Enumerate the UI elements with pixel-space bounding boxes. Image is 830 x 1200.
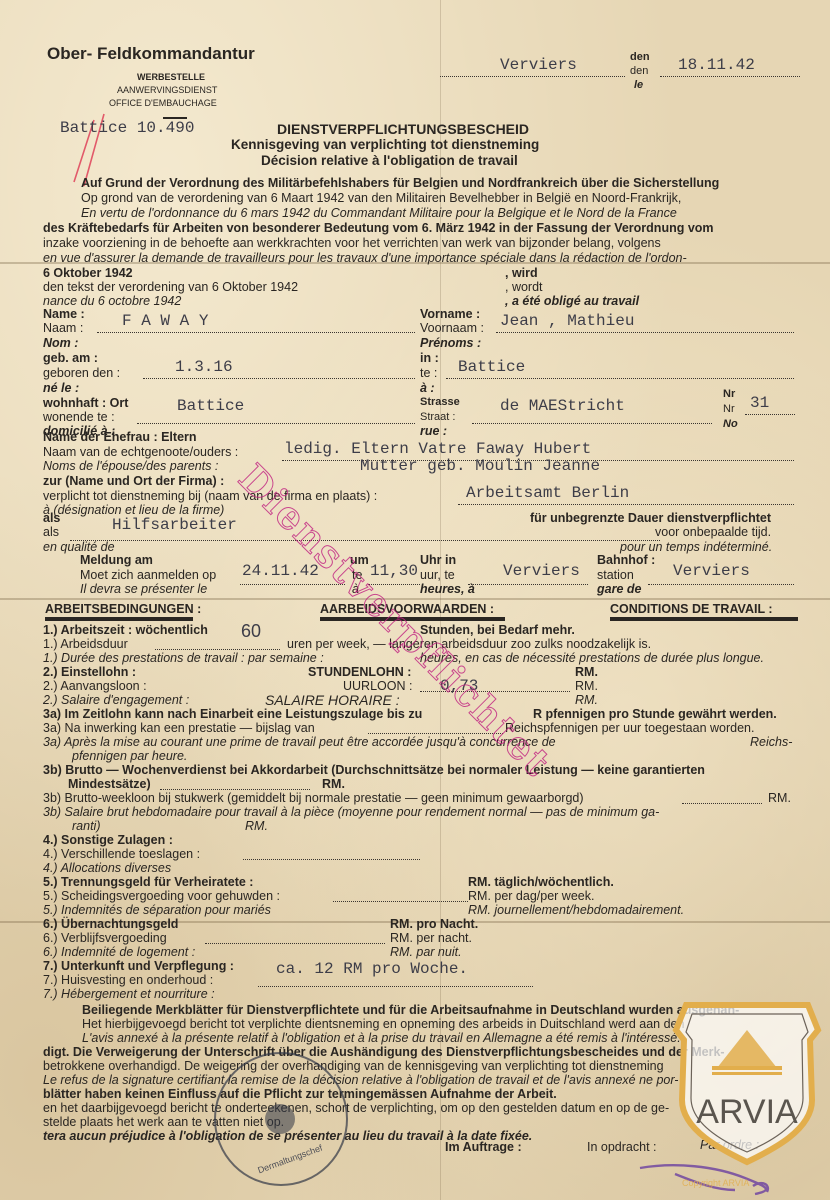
item2-de-mid: STUNDENLOHN : [308,665,411,680]
item6-de-right: RM. pro Nacht. [390,917,478,932]
item6-nl-right: RM. per nacht. [390,931,472,946]
birthdate-value: 1.3.16 [175,358,233,376]
piecework-field [160,777,310,790]
surname-field: F A W A Y [97,312,415,333]
heading-underline [610,617,798,621]
item4-fr: 4.) Allocations diverses [43,861,171,876]
date-field: 18.11.42 [660,58,800,77]
lodging-allowance-field [205,931,385,944]
title-fr: Décision relative à l'obligation de trav… [261,153,518,168]
office-line-nl: AANWERVINGSDIENST [117,85,217,95]
name-label-de: Name : [43,307,85,322]
rm-label: RM. [768,791,791,806]
hours-field: 60 [155,633,280,650]
heading-underline [45,617,193,621]
signature-label-nl: In opdracht : [587,1140,657,1155]
rm-label: RM. [575,679,598,694]
title-de: DIENSTVERPFLICHTUNGSBESCHEID [277,121,529,137]
firstname-field: Jean , Mathieu [496,312,794,333]
place-value: Verviers [500,56,577,74]
house-number-value: 31 [750,394,769,412]
house-number-field: 31 [745,394,795,415]
item3a-fr-2: pfennigen par heure. [72,749,187,764]
date-label-fr: le [634,78,643,93]
item6-fr-right: RM. par nuit. [390,945,462,960]
item5-nl-right: RM. per dag/per week. [468,889,594,904]
item4-nl: 4.) Verschillende toeslagen : [43,847,200,862]
firstname-label-nl: Voornaam : [420,321,484,336]
preamble-nl-3: den tekst der verordening van 6 Oktober … [43,280,298,295]
occupation-value: Hilfsarbeiter [112,516,237,534]
firm-label-de: zur (Name und Ort der Firma) : [43,474,224,489]
residence-label-de: wohnhaft : Ort [43,396,128,411]
birthplace-field: Battice [446,358,794,379]
residence-field: Battice [137,403,415,424]
in-label-nl: uur, te [420,568,455,583]
arvia-brand-text: ARVIA [696,1093,798,1131]
firm-field: Arbeitsamt Berlin [458,484,794,505]
paper-fold [0,598,830,600]
street-label-fr: rue : [420,424,447,439]
date-label-de: den [630,50,650,65]
item3b-fr: 3b) Salaire brut hebdomadaire pour trava… [43,805,659,820]
parents-label-de: Name der Ehefrau : Eltern [43,430,197,445]
item2-de: 2.) Einstellohn : [43,665,136,680]
birthplace-label-de: in : [420,351,439,366]
in-label-de: Uhr in [420,553,456,568]
rm-label: RM. [245,819,268,834]
item4-de: 4.) Sonstige Zulagen : [43,833,173,848]
station-value: Verviers [673,562,750,580]
in-label-fr: heures, à [420,582,475,597]
firstname-label-de: Vorname : [420,307,480,322]
firstname-value: Jean , Mathieu [500,312,634,330]
item3a-fr: 3a) Après la mise au courant une prime d… [43,735,556,750]
report-place-field: Verviers [468,566,588,585]
item2-fr: 2.) Salaire d'engagement : [43,693,189,708]
footer-de-2: digt. Die Verweigerung der Unterschrift … [43,1045,725,1060]
birthplace-label-nl: te : [420,366,437,381]
item2-fr-mid: SALAIRE HORAIRE : [265,693,400,708]
conditions-heading-fr: CONDITIONS DE TRAVAIL : [610,602,773,617]
title-nl: Kennisgeving van verplichting tot dienst… [231,137,539,152]
firm-label-nl: verplicht tot dienstneming bij (naam van… [43,489,377,504]
footer-fr-1: L'avis annexé à la présente relatif à l'… [82,1031,681,1046]
rm-label: RM. [322,777,345,792]
item6-nl: 6.) Verblijfsvergoeding [43,931,167,946]
firm-value: Arbeitsamt Berlin [466,484,629,502]
duration-nl: voor onbepaalde tijd. [655,525,771,540]
report-label-nl: Moet zich aanmelden op [80,568,216,583]
item2-nl: 2.) Aanvangsloon : [43,679,147,694]
street-field: de MAEStricht [472,403,712,424]
station-label-nl: station [597,568,634,583]
conditions-heading-de: ARBEITSBEDINGUNGEN : [45,602,201,617]
verb-nl: , wordt [505,280,543,295]
born-label-nl: geboren den : [43,366,120,381]
item7-nl: 7.) Huisvesting en onderhoud : [43,973,213,988]
item3a-de-right: R pfennigen pro Stunde gewährt werden. [533,707,777,722]
footer-nl-3: en het daarbijgevoegd bericht te onderte… [43,1101,669,1116]
preamble-nl-2: inzake voorziening in de behoefte aan we… [43,236,661,251]
allowances-field [243,847,420,860]
item6-de: 6.) Übernachtungsgeld [43,917,178,932]
street-value: de MAEStricht [500,397,625,415]
reference-number: Battice 10.490 [60,119,194,137]
parents-label-nl: Naam van de echtgenoote/ouders : [43,445,238,460]
firstname-label-fr: Prénoms : [420,336,481,351]
parents-value-father: ledig. Eltern Vatre Faway Hubert [284,440,591,458]
footer-de-1: Beiliegende Merkblätter für Dienstverpfl… [82,1003,739,1018]
item5-de: 5.) Trennungsgeld für Verheiratete : [43,875,253,890]
item3b-fr-2: ranti) [72,819,100,834]
item3b-de-2: Mindestsätze) [68,777,151,792]
street-label-nl: Straat : [420,410,455,425]
occupation-label-de: als [43,511,60,526]
separation-field [333,889,468,902]
station-field: Verviers [648,566,794,585]
preamble-nl-1: Op grond van de verordening van 6 Maart … [81,191,681,206]
parents-label-fr: Noms de l'épouse/des parents : [43,459,218,474]
date-label-nl: den [630,64,648,79]
parents-value-mother: Mutter geb. Moulin Jeanne [360,457,600,475]
copyright-watermark: Copyright ARVIA [682,1178,749,1188]
circle-stamp-text: Dermaltungschef [256,1143,323,1176]
preamble-fr-1: En vertu de l'ordonnance du 6 mars 1942 … [81,206,677,221]
number-label-fr: No [723,417,738,432]
item5-fr: 5.) Indemnités de séparation pour mariés [43,903,271,918]
piecework-nl-field [682,791,762,804]
signature-label-de: Im Auftrage : [445,1140,522,1155]
board-lodging-field: ca. 12 RM pro Woche. [258,970,533,987]
verb-de: , wird [505,266,538,281]
item5-nl: 5.) Scheidingsvergoeding voor gehuwden : [43,889,280,904]
birthplace-value: Battice [458,358,525,376]
street-label-de: Strasse [420,395,460,410]
preamble-fr-2: en vue d'assurer la demande de travaille… [43,251,687,266]
occupation-label-nl: als [43,525,59,540]
item3a-nl-right: Reichspfennigen per uur toegestaan worde… [505,721,754,736]
name-label-nl: Naam : [43,321,83,336]
preamble-de-2: des Kräftebedarfs für Arbeiten von beson… [43,221,714,236]
eagle-emblem-icon [265,1104,295,1134]
item1-nl: 1.) Arbeidsduur [43,637,128,652]
official-circle-stamp: Dermaltungschef [214,1052,348,1186]
residence-value: Battice [177,397,244,415]
item3a-nl: 3a) Na inwerking kan een prestatie — bij… [43,721,315,736]
item3a-de: 3a) Im Zeitlohn kann nach Einarbeit eine… [43,707,422,722]
item7-de: 7.) Unterkunft und Verpflegung : [43,959,234,974]
station-label-fr: gare de [597,582,641,597]
birthplace-label-fr: à : [420,381,435,396]
footer-fr-2: Le refus de la signature certifiant la r… [43,1073,678,1088]
place-field: Verviers [440,58,625,77]
duration-de: für unbegrenzte Dauer dienstverpflichtet [530,511,771,526]
rm-label: RM. [575,665,598,680]
office-line-de: WERBESTELLE [137,72,205,82]
item5-fr-right: RM. journellement/hebdomadairement. [468,903,684,918]
hours-value: 60 [241,621,261,642]
number-label-de: Nr [723,387,735,402]
report-label-fr: Il devra se présenter le [80,582,207,597]
arvia-logo: ARVIA [672,1000,822,1170]
report-place-value: Verviers [503,562,580,580]
authority-title: Ober- Feldkommandantur [47,44,255,64]
report-label-de: Meldung am [80,553,153,568]
board-lodging-value: ca. 12 RM pro Woche. [276,960,468,978]
born-label-de: geb. am : [43,351,98,366]
residence-label-nl: wonende te : [43,410,115,425]
item7-fr: 7.) Hébergement et nourriture : [43,987,215,1002]
item1-fr: 1.) Durée des prestations de travail : p… [43,651,324,666]
item3b-nl: 3b) Brutto-weekloon bij stukwerk (gemidd… [43,791,584,806]
birthdate-field: 1.3.16 [143,358,415,379]
item6-fr: 6.) Indemnité de logement : [43,945,195,960]
surname-value: F A W A Y [122,312,208,330]
item5-de-right: RM. täglich/wöchentlich. [468,875,614,890]
office-line-fr: OFFICE D'EMBAUCHAGE [109,98,217,108]
preamble-de-1: Auf Grund der Verordnung des Militärbefe… [81,176,719,191]
station-label-de: Bahnhof : [597,553,655,568]
item3b-de: 3b) Brutto — Wochenverdienst bei Akkorda… [43,763,705,778]
born-label-fr: né le : [43,381,79,396]
footer-nl-2: betrokkene overhandigd. De weigering der… [43,1059,664,1074]
item1-nl-right: uren per week, — langeren arbeidsduur zo… [287,637,651,652]
preamble-de-3: 6 Oktober 1942 [43,266,133,281]
rm-label: RM. [575,693,598,708]
number-label-nl: Nr [723,402,735,417]
verb-fr: , a été obligé au travail [505,294,639,309]
footer-nl-1: Het hierbijgevoegd bericht tot verplicht… [82,1017,684,1032]
name-label-fr: Nom : [43,336,78,351]
date-value: 18.11.42 [678,56,755,74]
item3a-fr-right: Reichs- [750,735,792,750]
